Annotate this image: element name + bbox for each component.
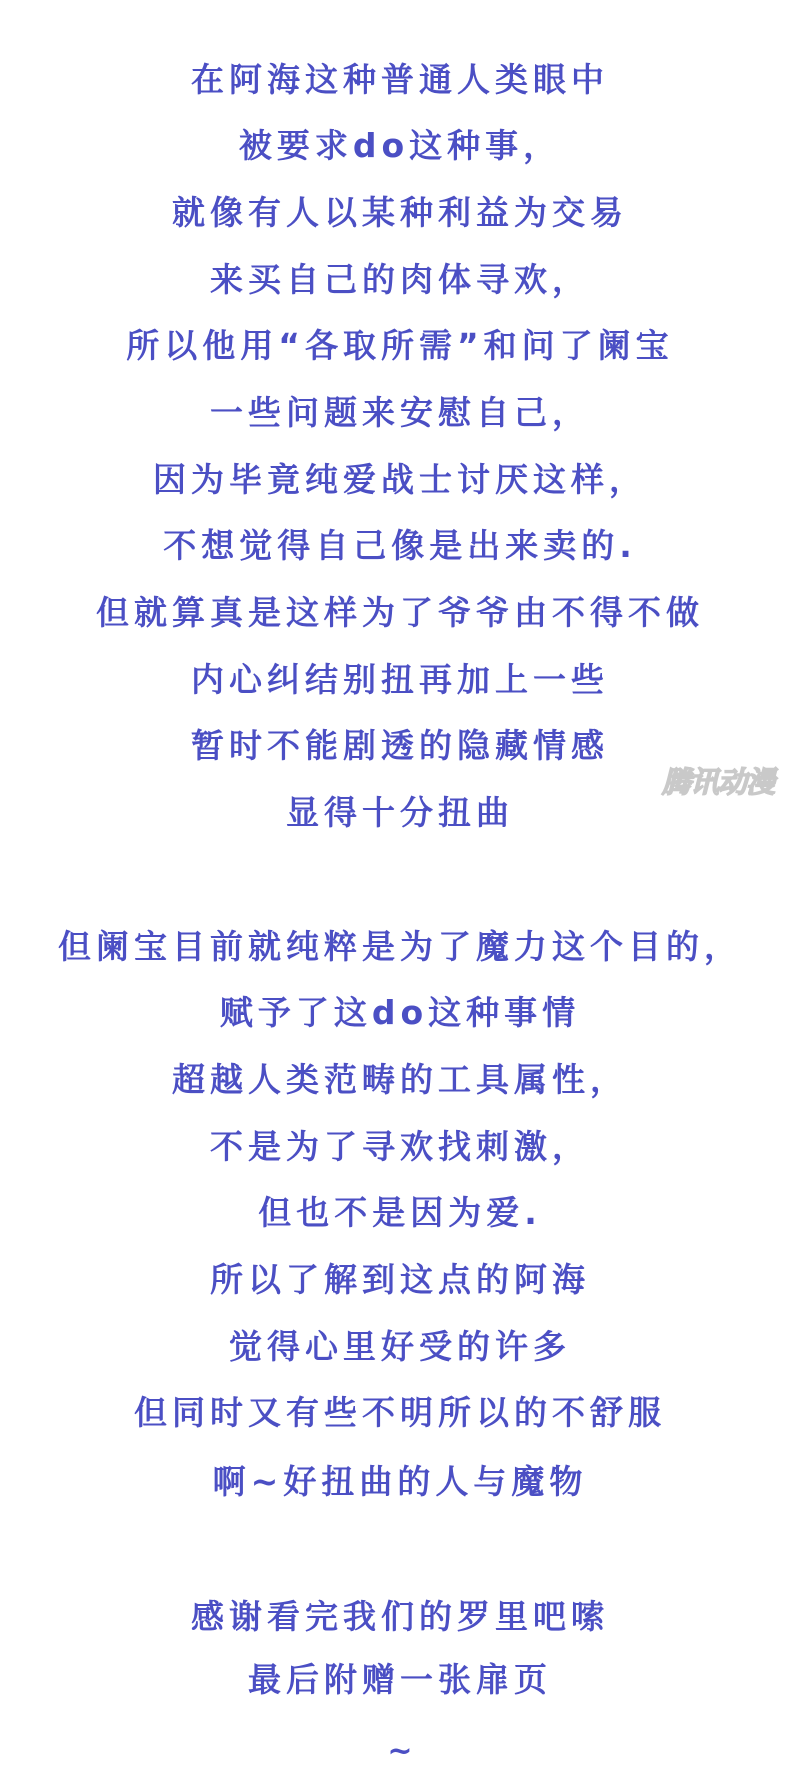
- text-line: 不是为了寻欢找刺激，: [0, 1125, 800, 1169]
- text-line: 被要求do这种事，: [0, 124, 800, 168]
- text-line: 因为毕竟纯爱战士讨厌这样，: [0, 458, 800, 502]
- text-line: 超越人类范畴的工具属性，: [0, 1058, 800, 1102]
- text-line: 就像有人以某种利益为交易: [0, 191, 800, 235]
- text-line: 赋予了这do这种事情: [0, 991, 800, 1035]
- text-line: 所以他用“各取所需”和问了阑宝: [0, 324, 800, 368]
- text-line: 在阿海这种普通人类眼中: [0, 58, 800, 102]
- text-line: 但阑宝目前就纯粹是为了魔力这个目的，: [0, 925, 800, 969]
- comic-text-page: 在阿海这种普通人类眼中 被要求do这种事， 就像有人以某种利益为交易 来买自己的…: [0, 0, 800, 1787]
- text-line: 但同时又有些不明所以的不舒服: [0, 1391, 800, 1435]
- text-line: 但也不是因为爱.: [0, 1191, 800, 1235]
- text-line: 但就算真是这样为了爷爷由不得不做: [0, 591, 800, 635]
- text-line: 所以了解到这点的阿海: [0, 1258, 800, 1302]
- text-line: 内心纠结别扭再加上一些: [0, 658, 800, 702]
- tencent-comic-watermark: 腾讯动漫: [662, 764, 790, 800]
- text-line: 一些问题来安慰自己，: [0, 391, 800, 435]
- text-line: 觉得心里好受的许多: [0, 1325, 800, 1369]
- text-line: 暂时不能剧透的隐藏情感: [0, 724, 800, 768]
- tilde-ending: ~: [0, 1730, 800, 1774]
- text-line: 不想觉得自己像是出来卖的.: [0, 524, 800, 568]
- text-line: 感谢看完我们的罗里吧嗦: [0, 1595, 800, 1639]
- text-line: 最后附赠一张扉页: [0, 1658, 800, 1702]
- text-line: 啊~好扭曲的人与魔物: [0, 1460, 800, 1504]
- text-line: 来买自己的肉体寻欢，: [0, 258, 800, 302]
